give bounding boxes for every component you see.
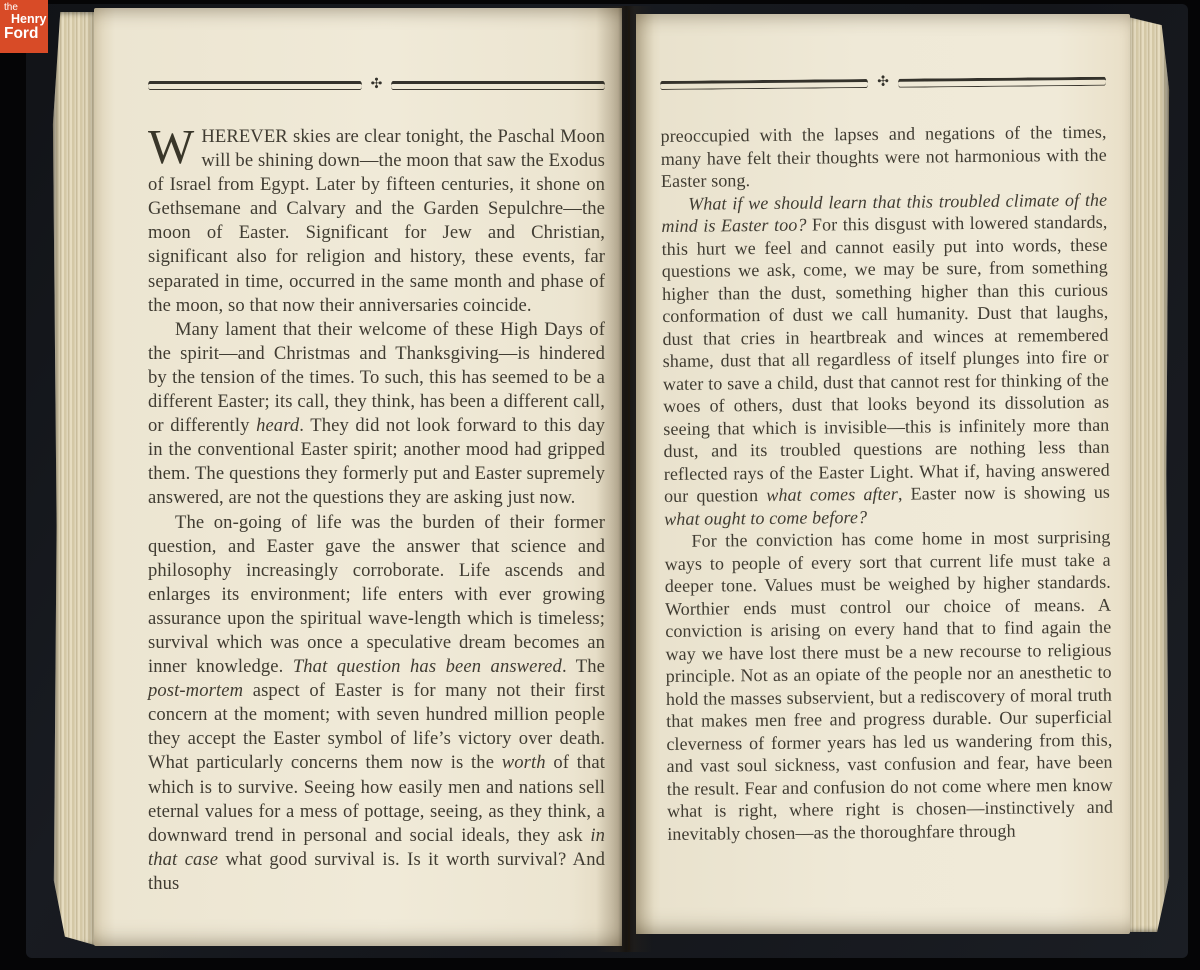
double-rule (148, 81, 362, 90)
text-segment: HEREVER skies are clear tonight, the Pas… (148, 126, 605, 316)
fleuron-icon: ✣ (371, 82, 383, 87)
paragraph: What if we should learn that this troubl… (661, 188, 1110, 530)
text-segment: The on-going of life was the burden of t… (148, 512, 605, 678)
henry-ford-logo: the Henry Ford (0, 0, 48, 53)
page-gutter (596, 6, 654, 952)
text-segment: preoccupied with the lapses and negation… (660, 122, 1106, 191)
right-page-text: preoccupied with the lapses and negation… (660, 121, 1113, 845)
paragraph: The on-going of life was the burden of t… (148, 511, 605, 897)
book-photo: ✣ WHEREVER skies are clear tonight, the … (0, 0, 1200, 970)
paragraph: For the conviction has come home in most… (664, 526, 1113, 845)
text-segment: what ought to come before? (664, 507, 867, 529)
double-rule (898, 76, 1106, 87)
double-rule (660, 79, 868, 90)
paragraph: preoccupied with the lapses and negation… (660, 121, 1107, 193)
paragraph: WHEREVER skies are clear tonight, the Pa… (148, 125, 605, 318)
text-segment: what comes after (766, 484, 898, 505)
text-segment: For this disgust with lowered standards,… (662, 212, 1110, 506)
text-segment: For the conviction has come home in most… (665, 527, 1114, 844)
left-page: ✣ WHEREVER skies are clear tonight, the … (94, 8, 622, 946)
text-segment: That question has been answered (293, 656, 562, 677)
text-segment: heard (256, 415, 299, 436)
double-rule (391, 81, 605, 90)
text-segment: worth (502, 752, 546, 773)
paragraph: Many lament that their welcome of these … (148, 318, 605, 511)
header-ornament-left: ✣ (148, 78, 605, 92)
left-page-text: WHEREVER skies are clear tonight, the Pa… (148, 125, 605, 896)
gutter-crease (628, 10, 630, 950)
left-page-edges (52, 12, 98, 946)
text-segment: , Easter now is showing us (898, 482, 1110, 504)
right-page: ✣ preoccupied with the lapses and negati… (636, 14, 1130, 934)
logo-text-ford: Ford (4, 26, 48, 42)
fleuron-icon: ✣ (877, 79, 889, 84)
text-segment: post-mortem (148, 680, 243, 701)
drop-cap: W (148, 125, 201, 165)
right-page-edges (1124, 16, 1170, 932)
header-ornament-right: ✣ (660, 74, 1106, 92)
